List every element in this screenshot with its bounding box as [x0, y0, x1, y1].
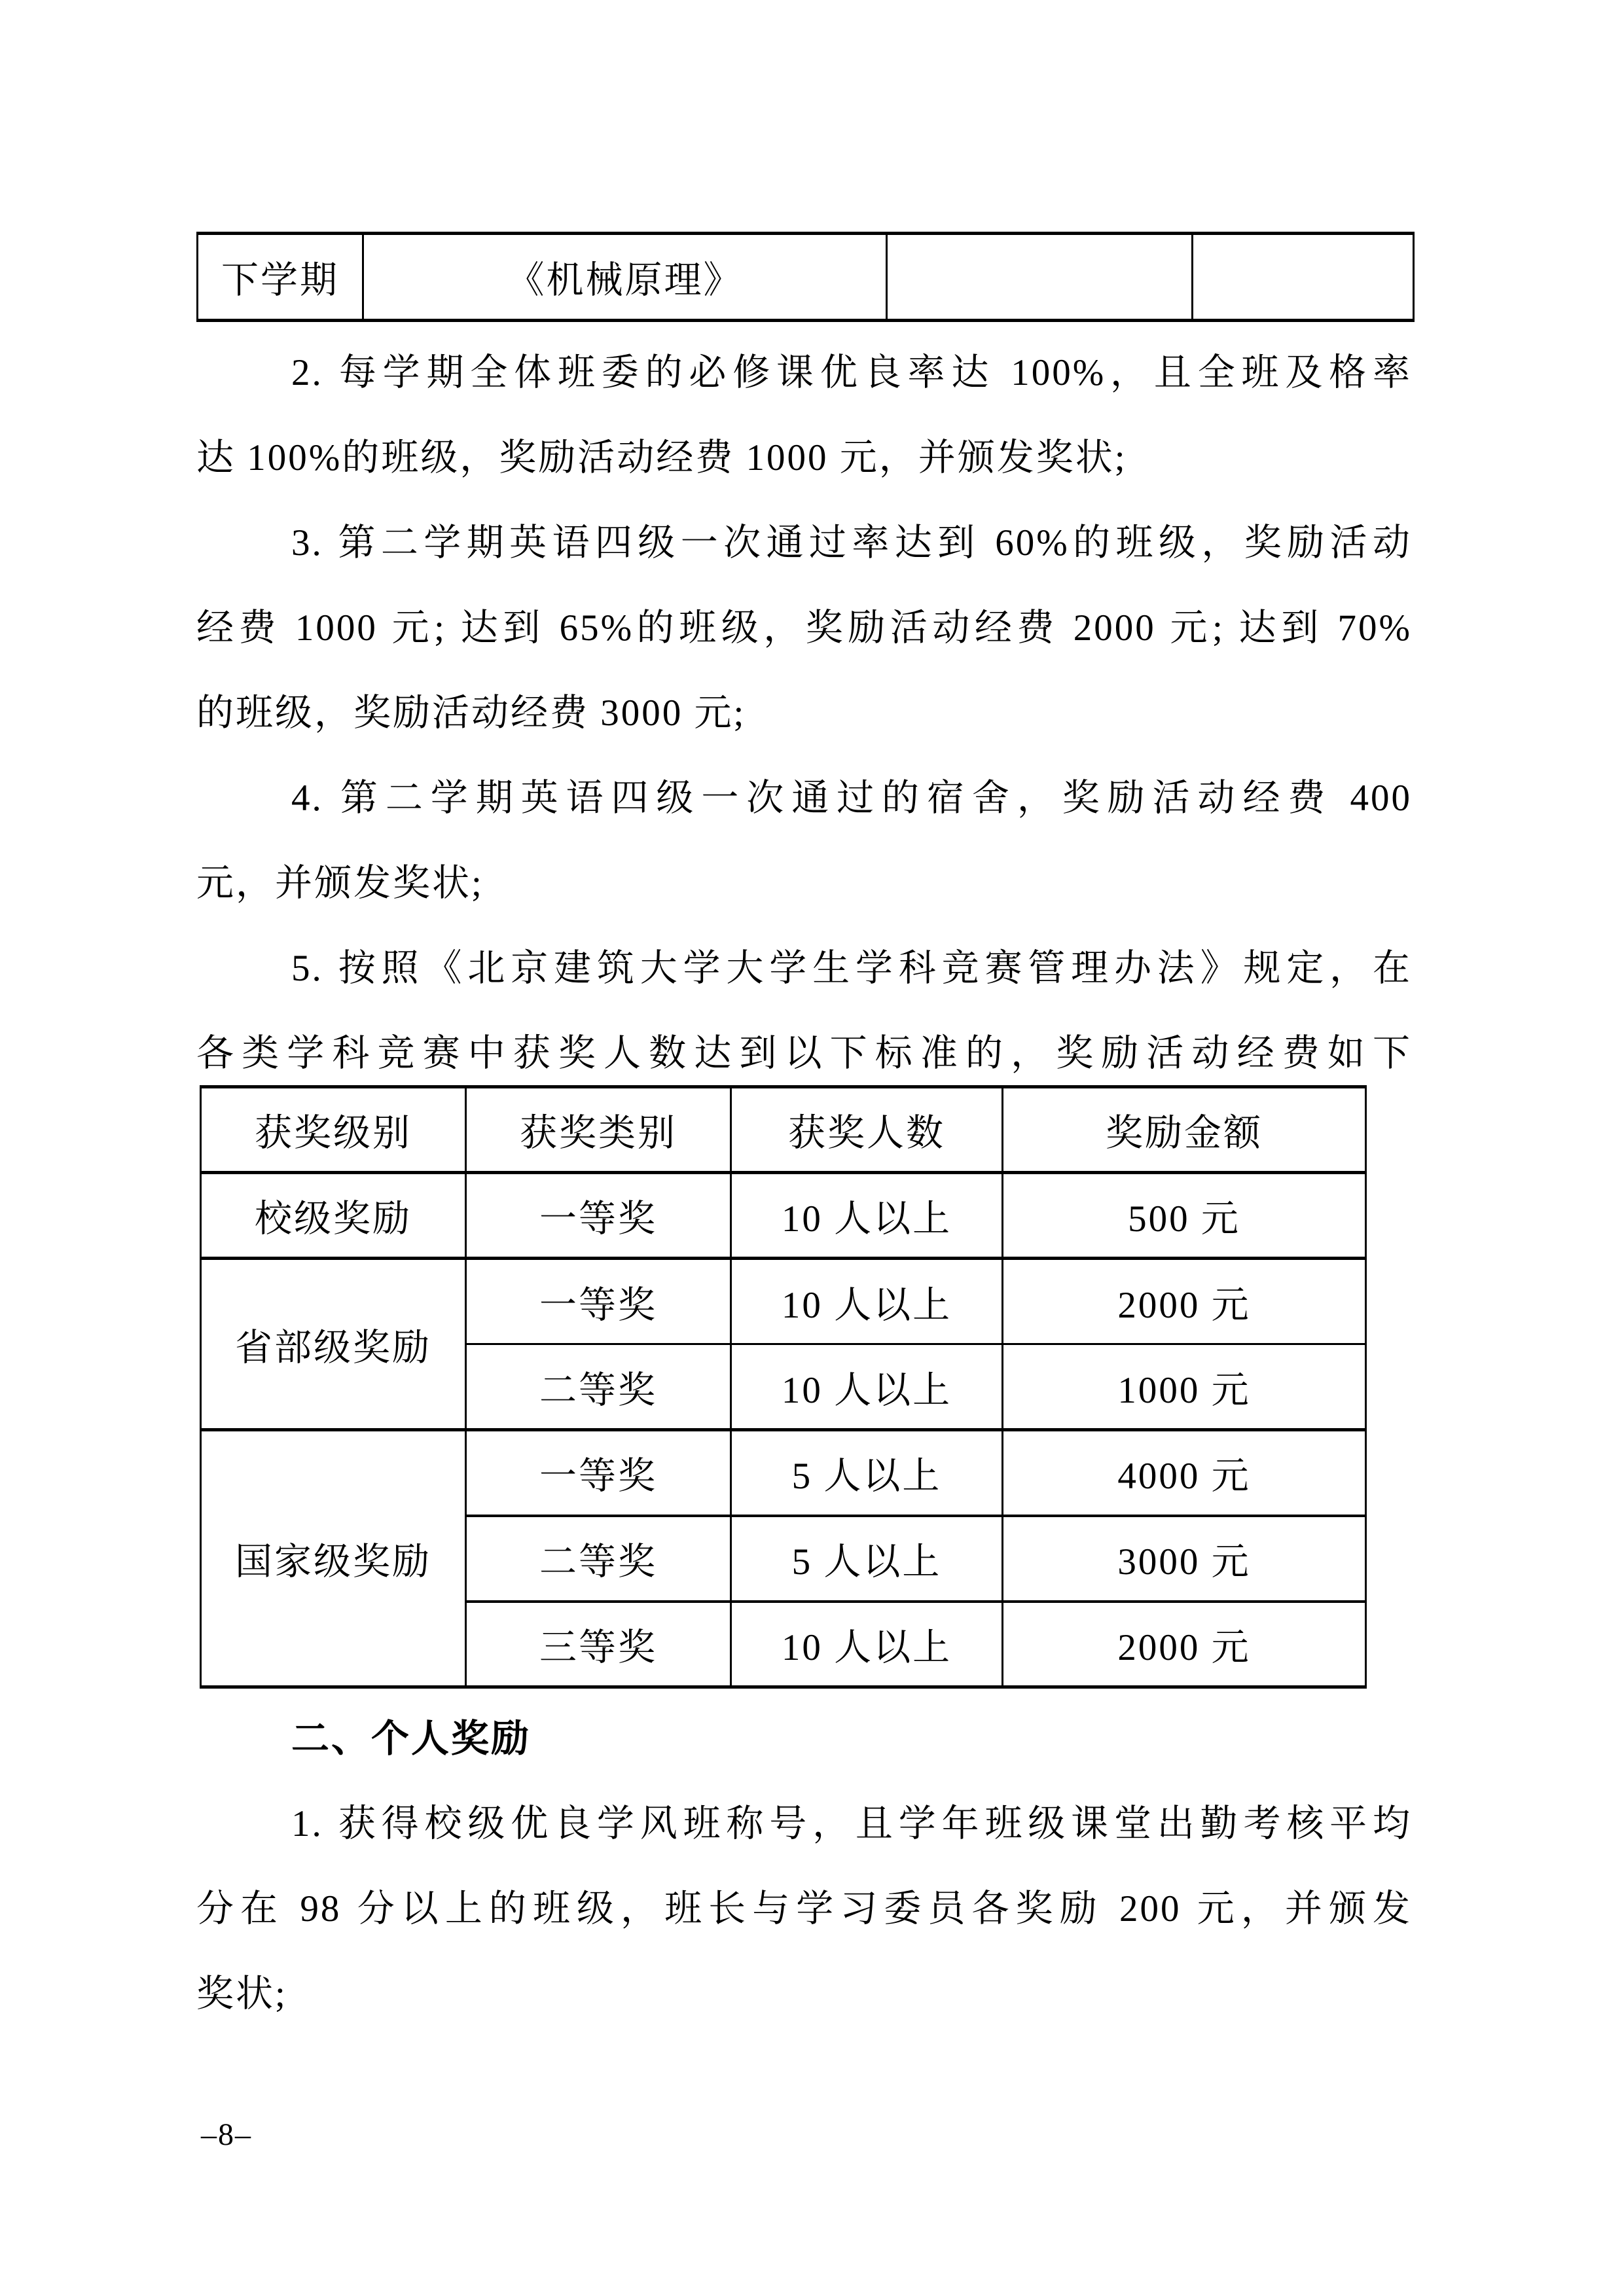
award-level-cell: 国家级奖励 [201, 1430, 466, 1687]
award-amount-cell: 500 元 [1003, 1173, 1366, 1259]
award-amount-cell: 3000 元 [1003, 1516, 1366, 1602]
page-number: –8– [201, 2119, 252, 2151]
header-cell-award-level: 获奖级别 [201, 1087, 466, 1173]
table-row: 国家级奖励 一等奖 5 人以上 4000 元 [201, 1430, 1366, 1516]
header-cell-award-class: 获奖类别 [466, 1087, 731, 1173]
table-row: 下学期 《机械原理》 [198, 234, 1414, 321]
empty-cell [1193, 234, 1414, 321]
course-title-cell: 《机械原理》 [363, 234, 887, 321]
award-class-cell: 一等奖 [466, 1430, 731, 1516]
paragraph-line: 分在 98 分以上的班级，班长与学习委员各奖励 200 元，并颁发 [196, 1867, 1412, 1952]
award-amount-cell: 4000 元 [1003, 1430, 1366, 1516]
award-class-cell: 二等奖 [466, 1344, 731, 1430]
paragraph-line: 2. 每学期全体班委的必修课优良率达 100%，且全班及格率 [196, 331, 1412, 416]
table-row: 校级奖励 一等奖 10 人以上 500 元 [201, 1173, 1366, 1259]
award-amount-cell: 1000 元 [1003, 1344, 1366, 1430]
awards-table: 获奖级别 获奖类别 获奖人数 奖励金额 校级奖励 一等奖 10 人以上 500 … [200, 1085, 1367, 1689]
individual-reward-section: 二、个人奖励 1. 获得校级优良学风班称号，且学年班级课堂出勤考核平均 分在 9… [196, 1696, 1412, 2037]
paragraph-line: 1. 获得校级优良学风班称号，且学年班级课堂出勤考核平均 [196, 1782, 1412, 1867]
paragraph-line: 4. 第二学期英语四级一次通过的宿舍，奖励活动经费 400 [196, 756, 1412, 841]
paragraph-line: 各类学科竞赛中获奖人数达到以下标准的，奖励活动经费如下 [196, 1011, 1412, 1096]
winner-count-cell: 10 人以上 [731, 1602, 1003, 1687]
empty-cell [887, 234, 1193, 321]
award-level-cell: 省部级奖励 [201, 1259, 466, 1430]
paragraph-line: 元，并颁发奖状; [196, 841, 1412, 926]
award-class-cell: 三等奖 [466, 1602, 731, 1687]
award-class-cell: 一等奖 [466, 1173, 731, 1259]
paragraph-line: 达 100%的班级，奖励活动经费 1000 元，并颁发奖状; [196, 416, 1412, 501]
winner-count-cell: 5 人以上 [731, 1516, 1003, 1602]
award-class-cell: 一等奖 [466, 1259, 731, 1344]
paragraph-line: 3. 第二学期英语四级一次通过率达到 60%的班级，奖励活动 [196, 501, 1412, 586]
award-level-cell: 校级奖励 [201, 1173, 466, 1259]
section-heading: 二、个人奖励 [196, 1696, 1412, 1782]
winner-count-cell: 10 人以上 [731, 1259, 1003, 1344]
header-cell-award-amount: 奖励金额 [1003, 1087, 1366, 1173]
winner-count-cell: 10 人以上 [731, 1173, 1003, 1259]
header-cell-winner-count: 获奖人数 [731, 1087, 1003, 1173]
paragraph-line: 5. 按照《北京建筑大学大学生学科竞赛管理办法》规定，在 [196, 926, 1412, 1011]
document-page: 下学期 《机械原理》 2. 每学期全体班委的必修课优良率达 100%，且全班及格… [0, 0, 1624, 2296]
winner-count-cell: 10 人以上 [731, 1344, 1003, 1430]
paragraph-line: 经费 1000 元; 达到 65%的班级，奖励活动经费 2000 元; 达到 7… [196, 586, 1412, 671]
table-header-row: 获奖级别 获奖类别 获奖人数 奖励金额 [201, 1087, 1366, 1173]
class-reward-rules: 2. 每学期全体班委的必修课优良率达 100%，且全班及格率 达 100%的班级… [196, 331, 1412, 1096]
award-class-cell: 二等奖 [466, 1516, 731, 1602]
table-row: 省部级奖励 一等奖 10 人以上 2000 元 [201, 1259, 1366, 1344]
award-amount-cell: 2000 元 [1003, 1259, 1366, 1344]
paragraph-line: 的班级，奖励活动经费 3000 元; [196, 671, 1412, 756]
award-amount-cell: 2000 元 [1003, 1602, 1366, 1687]
course-schedule-table-fragment: 下学期 《机械原理》 [196, 232, 1415, 322]
semester-cell: 下学期 [198, 234, 363, 321]
paragraph-line: 奖状; [196, 1952, 1412, 2037]
winner-count-cell: 5 人以上 [731, 1430, 1003, 1516]
